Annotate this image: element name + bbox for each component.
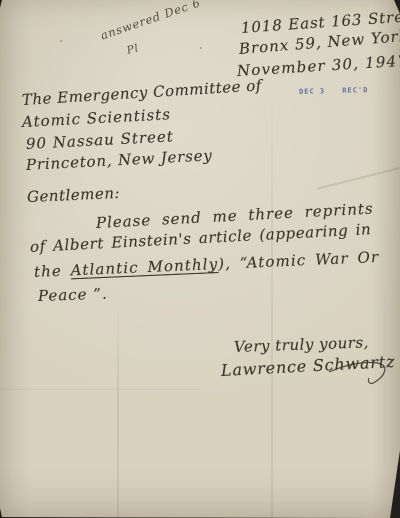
closing: Very truly yours, (234, 333, 369, 356)
body-line-3-start: the (34, 261, 71, 281)
salutation: Gentlemen: (27, 184, 121, 206)
recipient-address-line-1: The Emergency Committee of (21, 76, 262, 109)
recipient-address-line-2: Atomic Scientists (22, 105, 172, 131)
scanned-letter-page: answered Dec 6 Pl 1018 East 163 Street B… (0, 0, 400, 518)
pencil-annotation: answered Dec 6 (99, 0, 203, 43)
paper-speck (60, 40, 62, 42)
paper-speck (200, 47, 202, 49)
horizontal-crease (0, 389, 200, 390)
atlantic-monthly-underlined: Atlantic Monthly (70, 255, 218, 279)
received-stamp: DEC 3 REC'D (299, 86, 369, 96)
body-line-4: Peace ”. (38, 285, 108, 305)
pencil-annotation-initials: Pl (126, 42, 141, 57)
stamp-date: DEC 3 (299, 87, 325, 96)
body-line-3-end: ), “Atomic War Or (218, 248, 380, 273)
letter-paper: answered Dec 6 Pl 1018 East 163 Street B… (0, 0, 400, 518)
vertical-fold-crease-left (117, 300, 119, 518)
vertical-fold-crease-right (271, 88, 273, 518)
stamp-recd-label: REC'D (342, 86, 368, 95)
signature-flourish (327, 356, 391, 390)
diagonal-crease (317, 164, 400, 189)
